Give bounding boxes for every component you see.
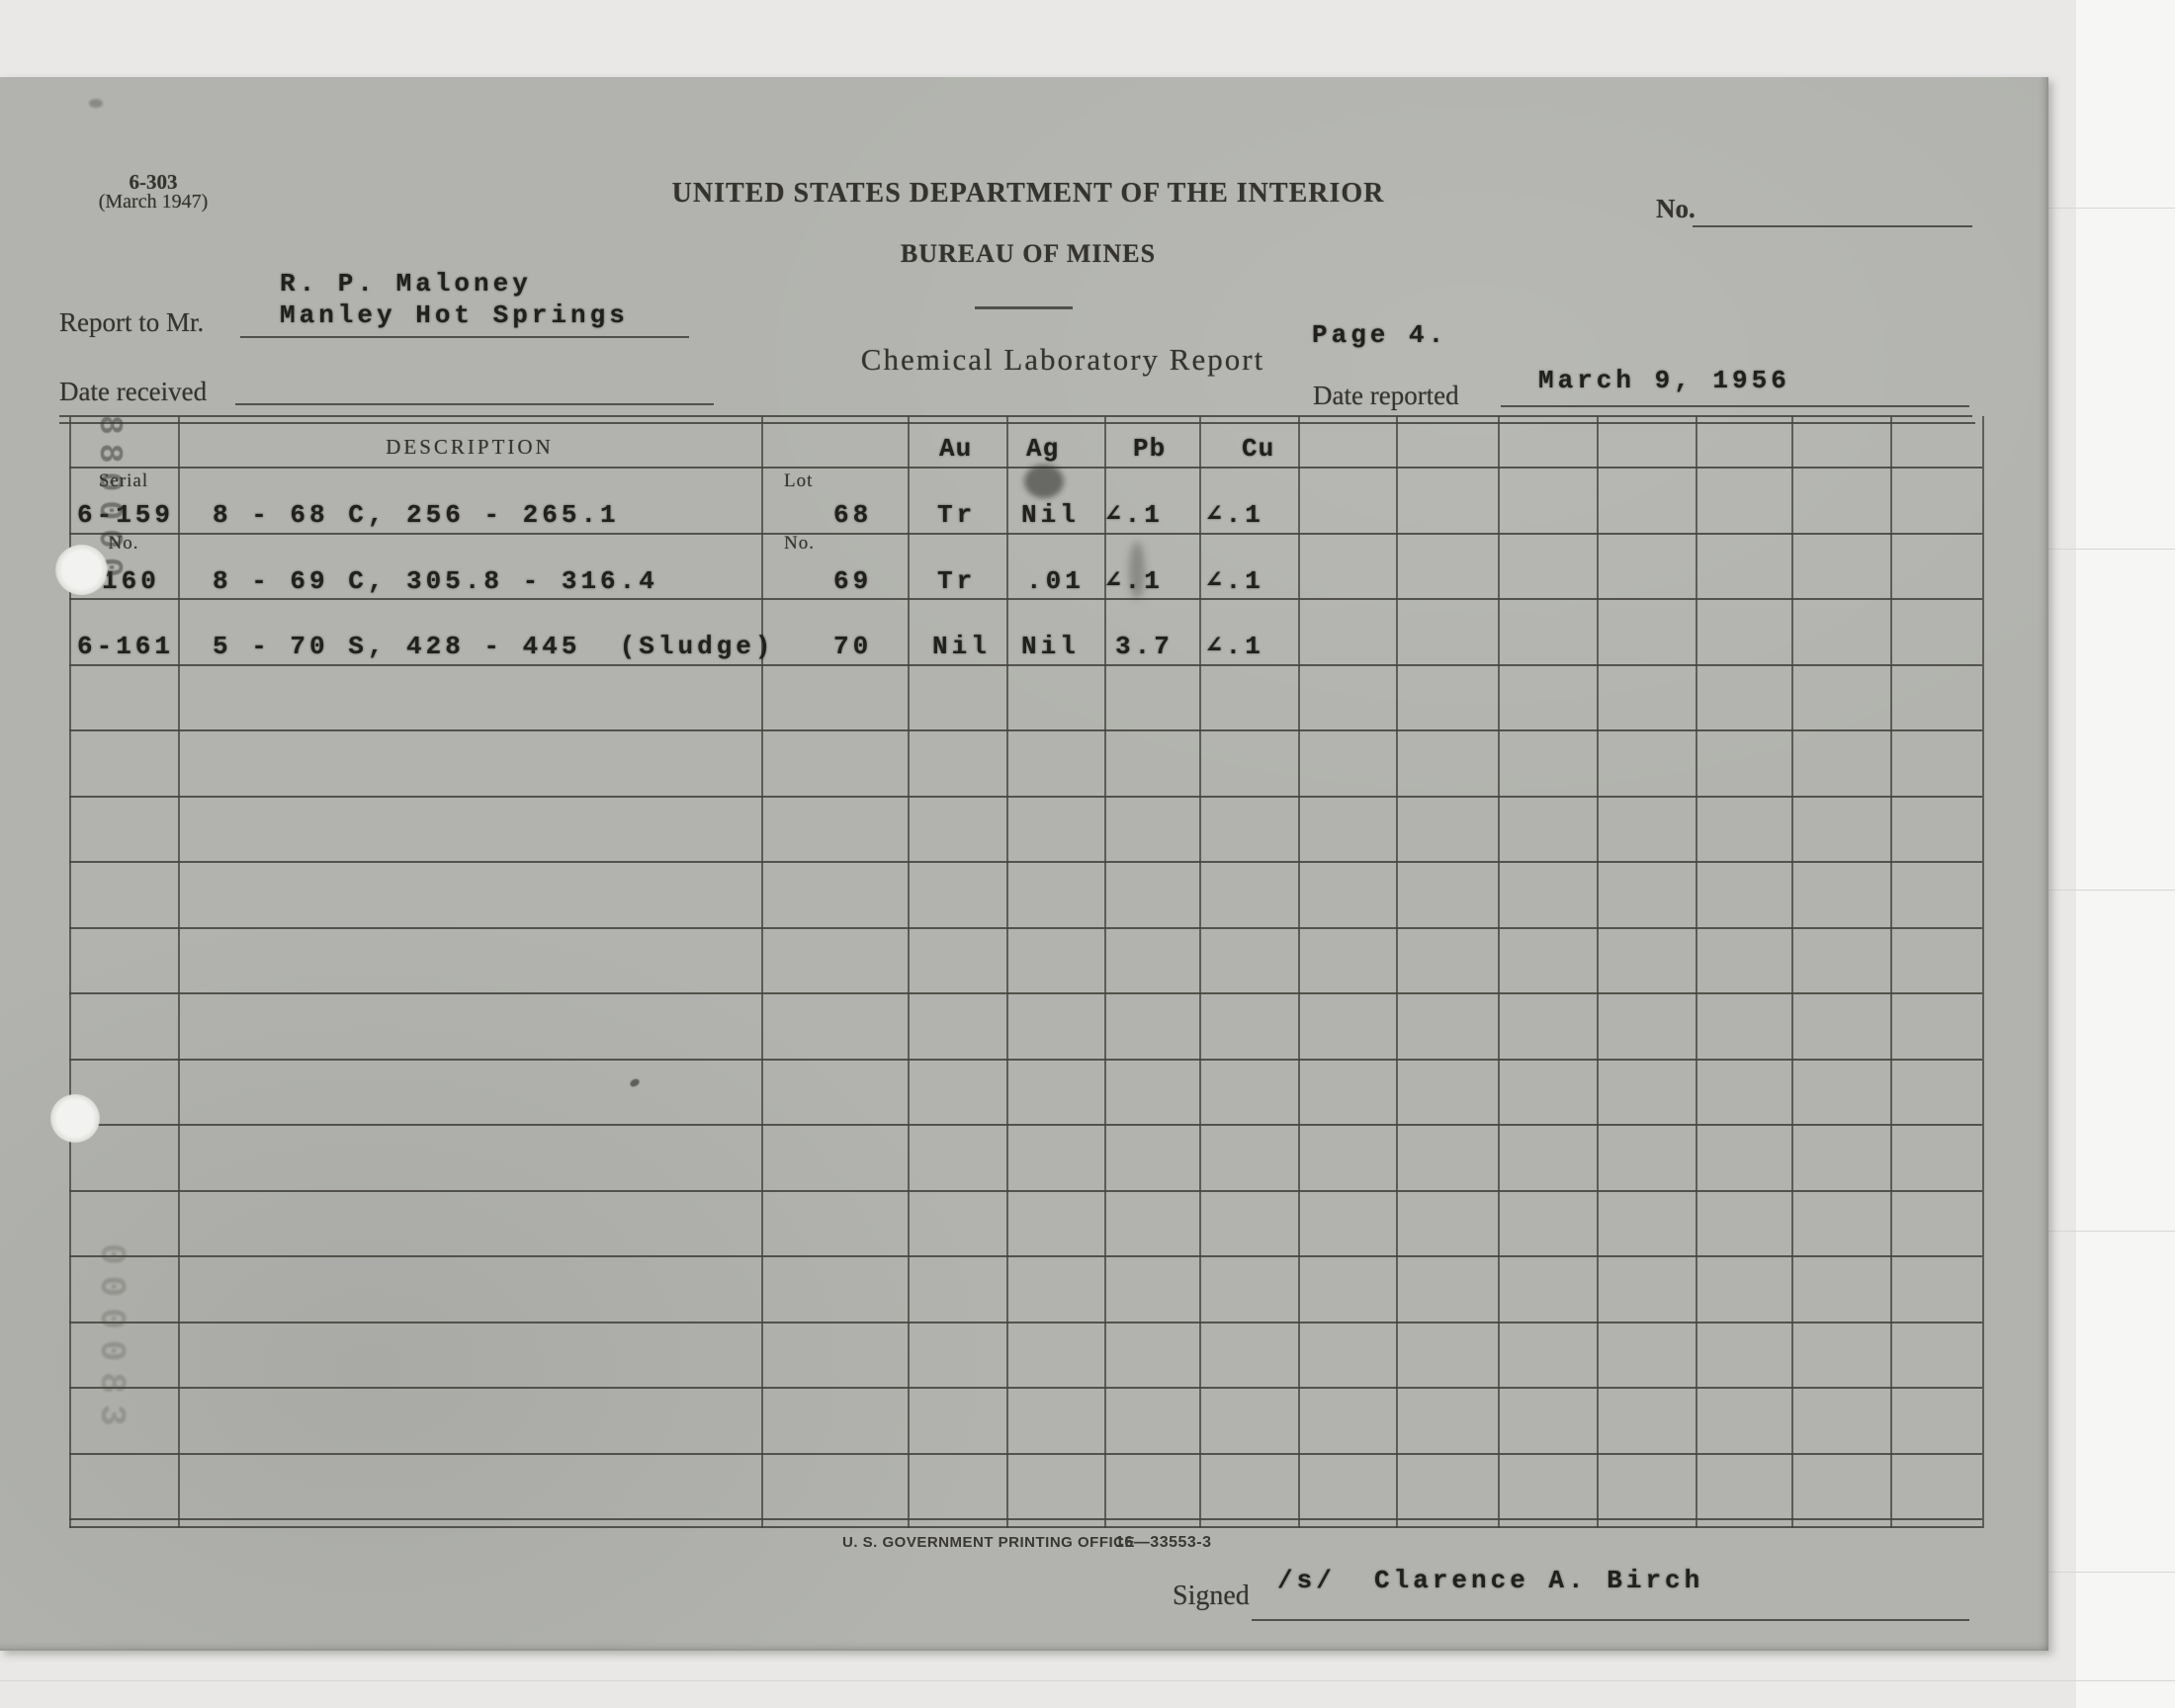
vertical-number-stamp-bottom: 000083 [91,1243,131,1437]
date-reported-line [1501,405,1969,407]
ink-speck [629,1077,641,1088]
au-cell: Tr [937,568,976,595]
cu-cell: ∠.1 [1206,568,1264,595]
grid-line [59,422,1975,424]
bureau-title: BUREAU OF MINES [534,239,1522,269]
report-to-name: R. P. Maloney [280,271,532,298]
report-to-line [240,336,689,338]
table-row: 6-161 5 - 70 S, 428 - 445 (Sludge) 70 Ni… [0,634,2048,667]
date-reported-label: Date reported [1313,381,1459,411]
au-cell: Nil [932,634,991,660]
cu-cell: ∠.1 [1206,502,1264,529]
print-code: 16—33553-3 [1115,1534,1212,1552]
hole-punch [55,545,108,595]
description-cell: 8 - 68 C, 256 - 265.1 [213,502,620,529]
col-header-lot-line1: Lot [784,470,819,491]
background-ruled-line [0,1680,2175,1681]
report-to-place: Manley Hot Springs [280,302,629,329]
scanned-document-canvas: 6-303 (March 1947) UNITED STATES DEPARTM… [0,0,2175,1708]
background-ruled-line [2037,208,2175,209]
lot-cell: 68 [833,502,872,529]
ag-cell: .01 [1026,568,1085,595]
description-cell: 8 - 69 C, 305.8 - 316.4 [213,568,658,595]
ink-smudge [1129,542,1145,599]
background-ruled-line [2037,1572,2175,1573]
signed-line [1252,1619,1969,1621]
form-revision-date: (March 1947) [47,191,259,213]
table-row: 160 8 - 69 C, 305.8 - 316.4 69 Tr .01 ∠.… [0,568,2048,602]
lot-cell: 70 [833,634,872,660]
number-label: No. [1656,194,1696,224]
number-blank-line [1693,225,1972,227]
description-cell: 5 - 70 S, 428 - 445 (Sludge) [213,634,774,660]
table-row: 6-159 8 - 68 C, 256 - 265.1 68 Tr Nil ∠.… [0,502,2048,536]
department-title: UNITED STATES DEPARTMENT OF THE INTERIOR [534,178,1522,210]
lot-cell: 69 [833,568,872,595]
ag-cell: Nil [1021,502,1080,529]
col-header-lot-line2: No. [784,533,819,554]
background-ruled-line [2037,890,2175,891]
title-rule [975,306,1073,309]
printing-office-note: U. S. GOVERNMENT PRINTING OFFICE [842,1534,1135,1551]
page-number: Page 4. [1312,322,1447,349]
report-title: Chemical Laboratory Report [786,342,1340,378]
col-header-cu: Cu [1242,436,1274,463]
col-header-au: Au [939,436,972,463]
date-reported-value: March 9, 1956 [1538,368,1790,394]
hole-punch [50,1094,100,1143]
col-header-ag: Ag [1026,436,1059,463]
background-ruled-line [2037,1231,2175,1232]
ink-smudge [1024,465,1064,498]
report-to-label: Report to Mr. [59,307,204,338]
signature-value: /s/ Clarence A. Birch [1277,1568,1703,1594]
ag-cell: Nil [1021,634,1080,660]
col-header-description: DESCRIPTION [178,437,761,458]
date-received-line [235,403,714,405]
paper-sheet: 6-303 (March 1947) UNITED STATES DEPARTM… [0,77,2048,1651]
background-ruled-line [2037,549,2175,550]
pb-cell: 3.7 [1115,634,1174,660]
col-header-pb: Pb [1133,436,1166,463]
pb-cell: ∠.1 [1105,502,1164,529]
grid-line [59,415,1972,417]
background-sheet-strip [2076,0,2175,1708]
serial-cell: 6-161 [77,634,174,660]
signed-label: Signed [1173,1580,1250,1612]
cu-cell: ∠.1 [1206,634,1264,660]
date-received-label: Date received [59,377,207,407]
ink-speck [89,99,103,108]
au-cell: Tr [937,502,976,529]
